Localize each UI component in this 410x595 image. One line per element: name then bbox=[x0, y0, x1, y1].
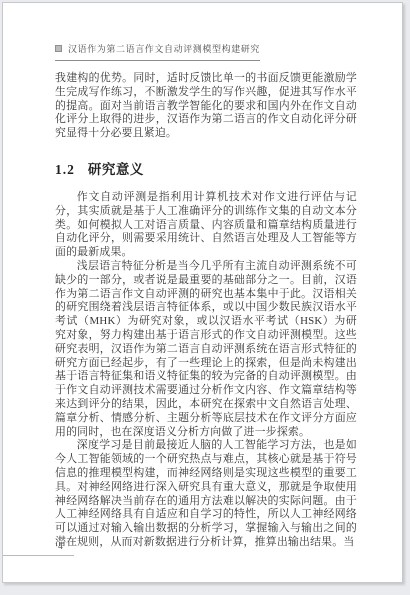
square-bullet-icon bbox=[55, 45, 62, 52]
footer-rule bbox=[3, 555, 74, 556]
page: 汉语作为第二语言作文自动评测模型构建研究 我建构的优势。同时，适时反馈比单一的书… bbox=[2, 2, 403, 583]
section-title: 研究意义 bbox=[88, 162, 144, 177]
paragraph: 作文自动评测是指利用计算机技术对作文进行评估与记分，其实质就是基于人工准确评分的… bbox=[55, 191, 357, 260]
section-number: 1.2 bbox=[55, 162, 75, 177]
section-heading: 1.2研究意义 bbox=[55, 158, 357, 178]
page-header: 汉语作为第二语言作文自动评测模型构建研究 bbox=[55, 39, 260, 61]
paragraph: 深度学习是目前最接近人脑的人工智能学习方法，也是如今人工智能领域的一个研究热点与… bbox=[55, 439, 357, 549]
running-title: 汉语作为第二语言作文自动评测模型构建研究 bbox=[68, 44, 260, 54]
page-body: 汉语作为第二语言作文自动评测模型构建研究 我建构的优势。同时，适时反馈比单一的书… bbox=[55, 39, 357, 550]
paragraph-continuation: 我建构的优势。同时，适时反馈比单一的书面反馈更能激励学生完成写作练习，不断激发学… bbox=[55, 72, 357, 141]
paragraph: 浅层语言特征分析是当今几乎所有主流自动评测系统不可缺少的一部分，或者说是最重要的… bbox=[55, 260, 357, 439]
page-number: 4 bbox=[58, 542, 63, 552]
